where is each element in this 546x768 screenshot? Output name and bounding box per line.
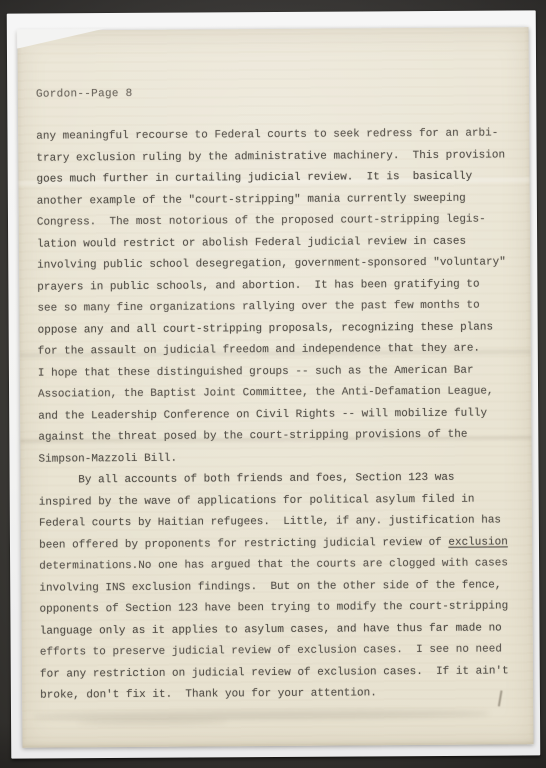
text-line: efforts to preserve judicial review of e… (40, 639, 520, 664)
text-segment: goes much further in curtailing judicial… (37, 171, 473, 186)
text-segment: see so many fine organizations rallying … (37, 300, 479, 315)
page-header: Gordon--Page 8 (36, 88, 133, 101)
text-line: determinations.No one has argued that th… (39, 553, 519, 578)
scanner-background: Gordon--Page 8 any meaningful recourse t… (0, 0, 546, 768)
bleed-through-smudge (77, 719, 227, 725)
text-line: for the assault on judicial freedom and … (38, 338, 518, 363)
text-segment: any meaningful recourse to Federal court… (36, 127, 498, 142)
text-segment: opponents of Section 123 have been tryin… (40, 600, 509, 615)
text-line: involving public school desegregation, g… (37, 252, 517, 277)
text-segment: language only as it applies to asylum ca… (40, 622, 502, 637)
paper-corner-fold (16, 28, 106, 49)
text-line: opponents of Section 123 have been tryin… (39, 596, 519, 621)
text-segment: and the Leadership Conference on Civil R… (38, 407, 487, 422)
text-line: Congress. The most notorious of the prop… (37, 209, 517, 234)
text-segment: prayers in public schools, and abortion.… (37, 278, 479, 293)
text-line: broke, don't fix it. Thank you for your … (40, 682, 520, 707)
text-segment: determinations.No one has argued that th… (39, 557, 508, 572)
typed-text: any meaningful recourse to Federal court… (36, 123, 520, 707)
text-line: Association, the Baptist Joint Committee… (38, 381, 518, 406)
text-segment: been offered by proponents for restricti… (39, 536, 448, 551)
text-segment: another example of the "court-stripping"… (37, 192, 466, 207)
text-segment: By all accounts of both friends and foes… (39, 472, 455, 487)
text-segment: trary exclusion ruling by the administra… (36, 149, 505, 164)
text-segment: Association, the Baptist Joint Committee… (38, 385, 494, 400)
text-segment: efforts to preserve judicial review of e… (40, 643, 502, 658)
text-line: By all accounts of both friends and foes… (39, 467, 519, 492)
text-segment: involving INS exclusion findings. But on… (39, 579, 501, 594)
text-segment: inspired by the wave of applications for… (39, 493, 475, 508)
text-segment: Simpson-Mazzoli Bill. (38, 452, 177, 465)
underlined-word: exclusion (448, 536, 508, 548)
text-segment: I hope that these distinguished groups -… (38, 364, 474, 379)
text-line: Federal courts by Haitian refugees. Litt… (39, 510, 519, 535)
text-line: goes much further in curtailing judicial… (36, 166, 516, 191)
text-line: any meaningful recourse to Federal court… (36, 123, 516, 148)
text-segment: lation would restrict or abolish Federal… (37, 235, 466, 250)
text-segment: against the threat posed by the court-st… (38, 429, 467, 444)
text-segment: for the assault on judicial freedom and … (38, 343, 480, 358)
text-line: see so many fine organizations rallying … (37, 295, 517, 320)
text-segment: involving public school desegregation, g… (37, 256, 506, 271)
text-line: for any restriction on judicial review o… (40, 661, 520, 686)
text-segment: Federal courts by Haitian refugees. Litt… (39, 514, 501, 529)
text-segment: broke, don't fix it. Thank you for your … (40, 687, 377, 701)
text-segment: for any restriction on judicial review o… (40, 665, 509, 680)
text-line: against the threat posed by the court-st… (38, 424, 518, 449)
bleed-through-smudge (34, 710, 489, 721)
document-page: Gordon--Page 8 any meaningful recourse t… (18, 27, 534, 748)
text-segment: oppose any and all court-stripping propo… (38, 321, 494, 336)
text-segment: Congress. The most notorious of the prop… (37, 214, 486, 229)
